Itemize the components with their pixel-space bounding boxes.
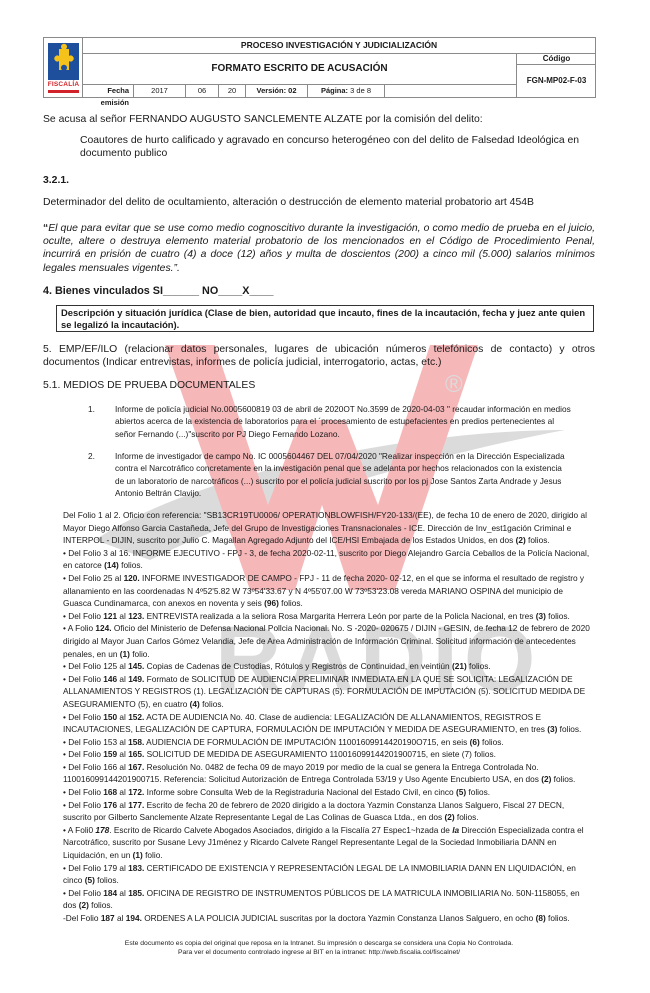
folio-entry: • A Folio 124. Oficio del Ministerio de …: [63, 622, 593, 660]
folio-entry: • Del Folio 179 al 183. CERTIFICADO DE E…: [63, 862, 593, 887]
folio-entry: Del Folio 1 al 2. Oficio con referencia:…: [63, 509, 593, 547]
page-value: 3 de 8: [350, 86, 371, 95]
folio-entry: • Del Folio 153 al 158. AUDIENCIA DE FOR…: [63, 736, 593, 749]
logo-blue-square: [48, 43, 79, 80]
folios-list: Del Folio 1 al 2. Oficio con referencia:…: [63, 509, 593, 925]
folio-entry: • Del Folio 3 al 16. INFORME EJECUTIVO -…: [63, 547, 593, 572]
fecha-year: 2017: [134, 85, 186, 98]
folio-entry: • Del Folio 176 al 177. Escrito de fecha…: [63, 799, 593, 824]
codigo-value: FGN-MP02-F-03: [516, 65, 596, 97]
folio-entry: • A Foli0 178. Escrito de Ricardo Calvet…: [63, 824, 593, 862]
logo-red-bar: [48, 90, 79, 93]
folio-entry: • Del Folio 159 al 165. SOLICITUD DE MED…: [63, 748, 593, 761]
document-title: FORMATO ESCRITO DE ACUSACIÓN: [83, 54, 516, 84]
folio-entry: • Del Folio 25 al 120. INFORME INVESTIGA…: [63, 572, 593, 610]
folio-entry: • Del Folio 146 al 149. Formato de SOLIC…: [63, 673, 593, 711]
folio-entry: • Del Folio 125 al 145. Copias de Cadena…: [63, 660, 593, 673]
page-label: Página:: [321, 86, 348, 95]
determinador-statement: Determinador del delito de ocultamiento,…: [43, 196, 595, 209]
fecha-month: 06: [186, 85, 219, 98]
legal-quote: “El que para evitar que se use como medi…: [43, 222, 595, 275]
footer-disclaimer: Este documento es copia del original que…: [43, 939, 595, 957]
crime-description: Coautores de hurto calificado y agravado…: [80, 134, 595, 160]
list-text: Informe de policía judicial No.000560081…: [115, 403, 573, 440]
folio-entry: • Del Folio 168 al 172. Informe sobre Co…: [63, 786, 593, 799]
medios-prueba-heading: 5.1. MEDIOS DE PRUEBA DOCUMENTALES: [43, 379, 595, 392]
list-number: 1.: [88, 403, 95, 415]
folio-entry: • Del Folio 150 al 152. ACTA DE AUDIENCI…: [63, 711, 593, 736]
folio-entry: -Del Folio 187 al 194. ORDENES A LA POLI…: [63, 912, 593, 925]
document-header-table: FISCALÍA PROCESO INVESTIGACIÓN Y JUDICIA…: [43, 37, 596, 98]
codigo-label: Código: [516, 54, 596, 65]
bienes-vinculados: 4. Bienes vinculados SI______ NO____X___…: [43, 285, 595, 298]
folio-entry: • Del Folio 166 al 167. Resolución No. 0…: [63, 761, 593, 786]
accusation-statement: Se acusa al señor FERNANDO AUGUSTO SANCL…: [43, 113, 595, 126]
evidence-list-item: 2. Informe de investigador de campo No. …: [88, 450, 573, 499]
folio-entry: • Del Folio 184 al 185. OFICINA DE REGIS…: [63, 887, 593, 912]
description-box: Descripción y situación jurídica (Clase …: [56, 305, 594, 332]
fecha-day: 20: [219, 85, 246, 98]
footer-line-2: Para ver el documento controlado ingrese…: [43, 948, 595, 957]
page-indicator: Página: 3 de 8: [308, 85, 385, 98]
folio-entry: • Del Folio 121 al 123. ENTREVISTA reali…: [63, 610, 593, 623]
section-number: 3.2.1.: [43, 174, 595, 187]
puzzle-piece-icon: [48, 43, 79, 80]
list-text: Informe de investigador de campo No. IC …: [115, 450, 573, 499]
emp-section: 5. EMP/EF/ILO (relacionar datos personal…: [43, 343, 595, 369]
process-title: PROCESO INVESTIGACIÓN Y JUDICIALIZACIÓN: [83, 38, 595, 54]
version-label: Versión: 02: [246, 85, 308, 98]
list-number: 2.: [88, 450, 95, 462]
evidence-list-item: 1. Informe de policía judicial No.000560…: [88, 403, 573, 440]
footer-line-1: Este documento es copia del original que…: [43, 939, 595, 948]
issue-info-row: Fecha emisión 2017 06 20 Versión: 02 Pág…: [83, 84, 516, 98]
quote-text: El que para evitar que se use como medio…: [43, 223, 595, 274]
fecha-emision-label: Fecha emisión: [83, 85, 134, 98]
logo-text: FISCALÍA: [47, 81, 80, 88]
fiscalia-logo: FISCALÍA: [44, 38, 83, 97]
